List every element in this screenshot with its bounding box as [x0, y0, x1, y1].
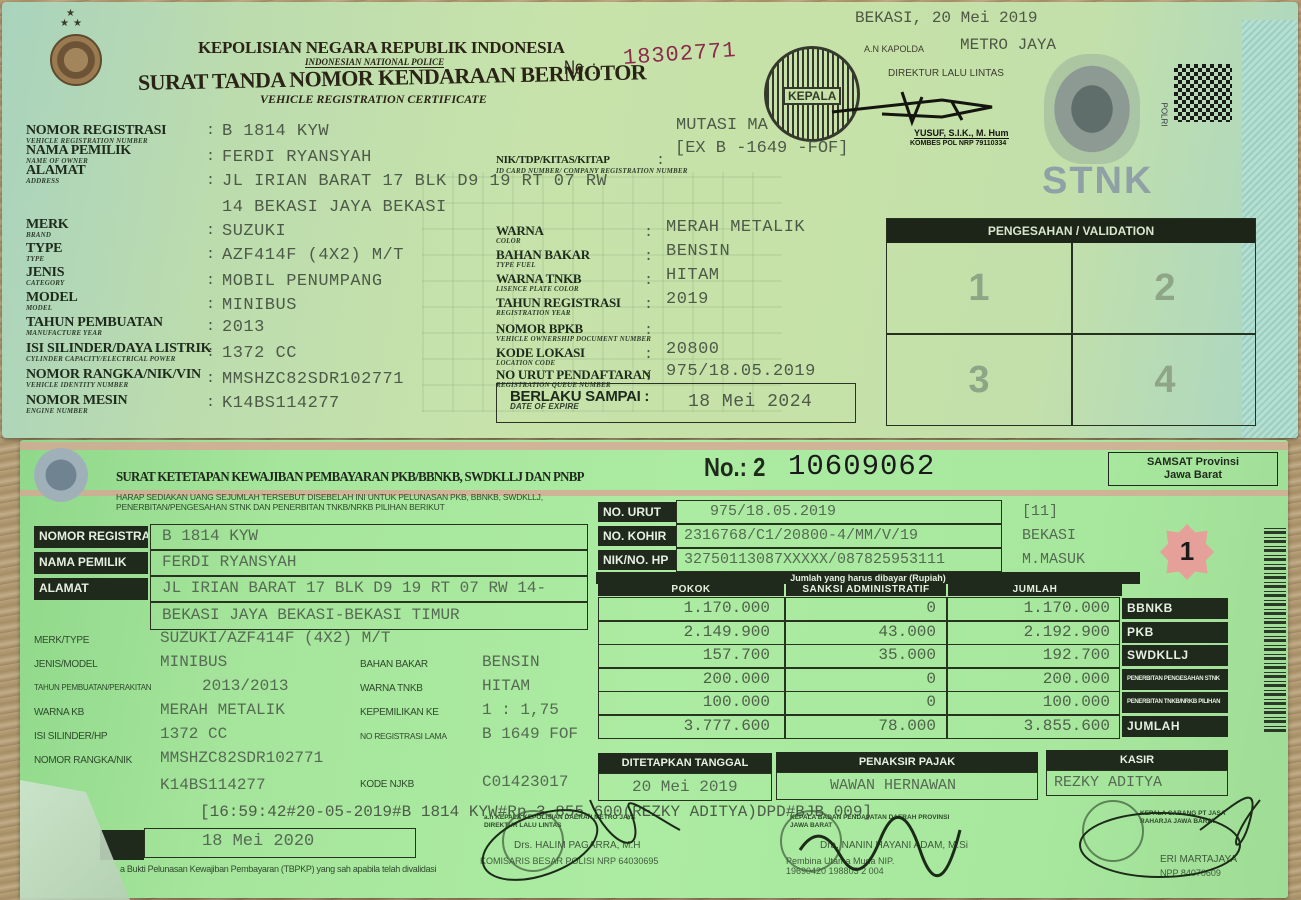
stnk-field-label: MERKBRAND: [26, 218, 68, 239]
payment-row-label: SWDKLLJ: [1122, 645, 1228, 666]
validation-table: PENGESAHAN / VALIDATION 1 2 3 4: [886, 218, 1256, 426]
stnk-field-value: SUZUKI: [222, 222, 286, 241]
vehicle-label: TAHUN PEMBUATAN/PERAKITAN: [34, 683, 151, 692]
region: METRO JAYA: [960, 36, 1056, 54]
stnk-field-value: B 1814 KYW: [222, 122, 329, 141]
vehicle-value: SUZUKI/AZF414F (4X2) M/T: [160, 629, 390, 647]
payment-row-label: PENERBITAN TNKB/NRKB PILIHAN: [1122, 692, 1228, 713]
signatory-position: DIREKTUR LALU LINTAS: [888, 68, 1004, 79]
issue-place-date: BEKASI, 20 Mei 2019: [855, 9, 1037, 27]
vehicle-label: BAHAN BAKAR: [360, 659, 428, 670]
ref-row-extra: M.MASUK: [1022, 551, 1085, 568]
payment-row-label: PENERBITAN PENGESAHAN STNK: [1122, 669, 1228, 690]
vehicle-value: B 1649 FOF: [482, 725, 578, 743]
payment-row-label: PKB: [1122, 622, 1228, 643]
vehicle-value: MMSHZC82SDR102771: [160, 749, 323, 767]
mutation-note: MUTASI MA: [676, 116, 768, 135]
cashier-label: KASIR: [1046, 750, 1228, 770]
ref-row-extra: BEKASI: [1022, 527, 1076, 544]
vehicle-value: 1372 CC: [160, 725, 227, 743]
payment-pokok: 2.149.900: [598, 623, 770, 641]
stnk-field-label: KODE LOKASILOCATION CODE: [496, 346, 585, 367]
stnk-field-value: 2019: [666, 290, 709, 309]
stnk-field-value: MINIBUS: [222, 296, 297, 315]
owner-row-label: NOMOR REGISTRASI: [34, 526, 148, 548]
stnk-field-colon: :: [206, 394, 215, 411]
payment-pokok: 3.777.600: [598, 717, 770, 735]
ref-row-label: NIK/NO. HP: [598, 550, 676, 570]
owner-row-value: FERDI RYANSYAH: [162, 553, 296, 571]
stnk-field-label: TAHUN PEMBUATANMANUFACTURE YEAR: [26, 316, 163, 337]
barcode-icon: [1264, 526, 1286, 732]
owner-row-label: ALAMAT: [34, 578, 148, 600]
signatory-name: YUSUF, S.I.K., M. Hum: [914, 128, 1009, 139]
stnk-field-colon: :: [206, 318, 215, 335]
stnk-field-value: AZF414F (4X2) M/T: [222, 246, 404, 265]
province-emblem-icon: [34, 448, 88, 502]
agency-name: KEPOLISIAN NEGARA REPUBLIK INDONESIA: [198, 38, 565, 58]
receipt-title: SURAT KETETAPAN KEWAJIBAN PEMBAYARAN PKB…: [116, 470, 584, 486]
stnk-field-colon: :: [206, 344, 215, 361]
stnk-field-label: NOMOR REGISTRASIVEHICLE REGISTRATION NUM…: [26, 124, 166, 145]
vehicle-label: KODE NJKB: [360, 779, 414, 790]
stnk-field-value: MMSHZC82SDR102771: [222, 370, 404, 389]
expiry-label: BERLAKU SAMPAI : DATE OF EXPIRE: [510, 390, 649, 411]
handwritten-signatures: [460, 770, 1280, 890]
validation-cell-2[interactable]: 2: [1073, 243, 1257, 333]
stnk-field-colon: :: [206, 272, 215, 289]
vehicle-label: JENIS/MODEL: [34, 659, 97, 670]
vehicle-label: WARNA KB: [34, 707, 84, 718]
stnk-field-label: NOMOR RANGKA/NIK/VINVEHICLE IDENTITY NUM…: [26, 368, 201, 389]
owner-row-value-line2: BEKASI JAYA BEKASI-BEKASI TIMUR: [162, 606, 460, 624]
payment-column-divider: [946, 597, 948, 738]
copy-seal-icon: 1: [1160, 524, 1214, 580]
engine-number: K14BS114277: [160, 776, 266, 794]
stnk-field-colon: :: [644, 296, 653, 313]
owner-row-value: JL IRIAN BARAT 17 BLK D9 19 RT 07 RW 14-: [162, 579, 546, 597]
payment-sanksi: 78.000: [786, 717, 936, 735]
payment-sanksi: 0: [786, 599, 936, 617]
payment-jumlah: 192.700: [948, 646, 1110, 664]
validation-footnote: a Bukti Pelunasan Kewajiban Pembayaran (…: [120, 864, 436, 874]
stnk-field-colon: :: [206, 246, 215, 263]
ref-row-value: 32750113087XXXXX/087825953111: [684, 551, 945, 568]
stnk-field-value: BENSIN: [666, 242, 730, 261]
vehicle-value: MERAH METALIK: [160, 701, 285, 719]
security-band-top: [20, 442, 1288, 450]
payment-row-label: JUMLAH: [1122, 716, 1228, 737]
stnk-field-value: 975/18.05.2019: [666, 362, 816, 381]
vehicle-label: MERK/TYPE: [34, 635, 89, 646]
vehicle-label: ISI SILINDER/HP: [34, 731, 107, 742]
stnk-field-label: ALAMATADDRESS: [26, 164, 85, 185]
payment-jumlah: 200.000: [948, 670, 1110, 688]
ref-row-value: 2316768/C1/20800-4/MM/V/19: [684, 527, 918, 544]
stnk-field-label: NOMOR MESINENGINE NUMBER: [26, 394, 127, 415]
stnk-field-value: JL IRIAN BARAT 17 BLK D9 19 RT 07 RW: [222, 172, 607, 191]
stnk-field-colon: :: [644, 272, 653, 289]
owner-row-label: NAMA PEMILIK: [34, 552, 148, 574]
payment-jumlah: 2.192.900: [948, 623, 1110, 641]
vehicle-label: KEPEMILIKAN KE: [360, 707, 439, 718]
vehicle-value: BENSIN: [482, 653, 540, 671]
stnk-field-value: FERDI RYANSYAH: [222, 148, 372, 167]
payment-jumlah: 3.855.600: [948, 717, 1110, 735]
hologram-label: STNK: [1042, 160, 1153, 203]
hologram-emblem-icon: [1044, 54, 1140, 164]
expiry-date: 18 Mei 2024: [688, 392, 812, 412]
copy-seal-number: 1: [1160, 536, 1214, 567]
stnk-field-colon: :: [644, 322, 653, 339]
tax-assessment-receipt: SURAT KETETAPAN KEWAJIBAN PEMBAYARAN PKB…: [20, 440, 1288, 898]
payment-column-header: POKOK: [598, 584, 784, 596]
stnk-field-label: ISI SILINDER/DAYA LISTRIKCYLINDER CAPACI…: [26, 342, 211, 363]
stnk-field-value: K14BS114277: [222, 394, 340, 413]
signatory-rank: KOMBES POL NRP 79110334: [910, 140, 1006, 147]
payment-jumlah: 100.000: [948, 693, 1110, 711]
payment-caption: Jumlah yang harus dibayar (Rupiah): [596, 572, 1140, 584]
mutation-ex-registration: [EX B -1649 -FOF]: [675, 139, 848, 158]
stnk-field-value: HITAM: [666, 266, 720, 285]
vehicle-value: 2013/2013: [202, 677, 288, 695]
vehicle-label: NO REGISTRASI LAMA: [360, 731, 447, 741]
document-title-en: VEHICLE REGISTRATION CERTIFICATE: [260, 92, 487, 107]
validation-cell-3[interactable]: 3: [887, 335, 1071, 425]
vehicle-value: 1 : 1,75: [482, 701, 559, 719]
payment-pokok: 200.000: [598, 670, 770, 688]
payment-sanksi: 0: [786, 693, 936, 711]
stnk-field-colon: :: [206, 172, 215, 189]
vehicle-value: MINIBUS: [160, 653, 227, 671]
stnk-certificate: ★ ★★ KEPOLISIAN NEGARA REPUBLIK INDONESI…: [2, 2, 1298, 438]
nik-colon: :: [656, 152, 665, 169]
stnk-field-label: NOMOR BPKBVEHICLE OWNERSHIP DOCUMENT NUM…: [496, 322, 651, 343]
stnk-field-colon: :: [644, 346, 653, 363]
signatory-on-behalf: A.N KAPOLDA: [864, 44, 924, 54]
certificate-number-label: No. :: [564, 58, 596, 80]
stnk-field-label: WARNA TNKBLISENCE PLATE COLOR: [496, 272, 581, 293]
stnk-field-label: WARNACOLOR: [496, 224, 544, 245]
payment-pokok: 157.700: [598, 646, 770, 664]
payment-column-header: JUMLAH: [948, 584, 1122, 596]
payment-pokok: 100.000: [598, 693, 770, 711]
stnk-field-value: 1372 CC: [222, 344, 297, 363]
tax-assessor-label: PENAKSIR PAJAK: [776, 752, 1038, 772]
vehicle-label: WARNA TNKB: [360, 683, 423, 694]
owner-row-value: B 1814 KYW: [162, 527, 258, 545]
payment-column-header: SANKSI ADMINISTRATIF: [786, 584, 946, 596]
stnk-field-colon: :: [206, 122, 215, 139]
payment-row-label: BBNKB: [1122, 598, 1228, 619]
stnk-field-value: MOBIL PENUMPANG: [222, 272, 383, 291]
samsat-box: SAMSAT Provinsi Jawa Barat: [1108, 452, 1278, 486]
ref-row-extra: [11]: [1022, 503, 1058, 520]
director-signature: [822, 82, 1022, 132]
stnk-field-colon: :: [206, 222, 215, 239]
stnk-field-label: TYPETYPE: [26, 242, 62, 263]
ref-row-value: 975/18.05.2019: [710, 503, 836, 520]
certificate-number: 18302771: [622, 38, 737, 71]
stnk-field-label: MODELMODEL: [26, 291, 77, 312]
stnk-field-label: BAHAN BAKARTYPE FUEL: [496, 248, 590, 269]
stnk-field-colon: :: [644, 248, 653, 265]
payment-column-divider: [784, 597, 786, 738]
stnk-field-colon: :: [206, 296, 215, 313]
stnk-field-value: 20800: [666, 340, 720, 359]
police-crest-icon: ★ ★★: [46, 8, 106, 88]
stnk-field-colon: :: [206, 370, 215, 387]
receipt-number-label: No.: 2: [704, 452, 765, 483]
vehicle-label: NOMOR RANGKA/NIK: [34, 755, 132, 766]
qr-code-icon: [1174, 64, 1232, 122]
ref-row-label: NO. KOHIR: [598, 526, 676, 546]
valid-until-date: 18 Mei 2020: [202, 832, 314, 851]
payment-pokok: 1.170.000: [598, 599, 770, 617]
stnk-field-value: 2013: [222, 318, 265, 337]
stnk-field-label: TAHUN REGISTRASIREGISTRATION YEAR: [496, 296, 621, 317]
stnk-field-label: JENISCATEGORY: [26, 266, 64, 287]
validation-cell-4[interactable]: 4: [1073, 335, 1257, 425]
payment-sanksi: 0: [786, 670, 936, 688]
ref-row-label: NO. URUT: [598, 502, 676, 522]
stnk-field-label: NAMA PEMILIKNAME OF OWNER: [26, 144, 131, 165]
receipt-number: 10609062: [788, 450, 935, 483]
stnk-field-value-line2: 14 BEKASI JAYA BEKASI: [222, 198, 447, 217]
hologram-side-text: POLRI: [1160, 102, 1169, 126]
stnk-field-colon: :: [644, 224, 653, 241]
payment-sanksi: 43.000: [786, 623, 936, 641]
receipt-instruction: HARAP SEDIAKAN UANG SEJUMLAH TERSEBUT DI…: [116, 492, 586, 512]
vehicle-value: HITAM: [482, 677, 530, 695]
stnk-field-colon: :: [206, 148, 215, 165]
validation-title: PENGESAHAN / VALIDATION: [887, 219, 1255, 243]
validation-cell-1[interactable]: 1: [887, 243, 1071, 333]
stnk-field-value: MERAH METALIK: [666, 218, 805, 237]
payment-sanksi: 35.000: [786, 646, 936, 664]
payment-jumlah: 1.170.000: [948, 599, 1110, 617]
